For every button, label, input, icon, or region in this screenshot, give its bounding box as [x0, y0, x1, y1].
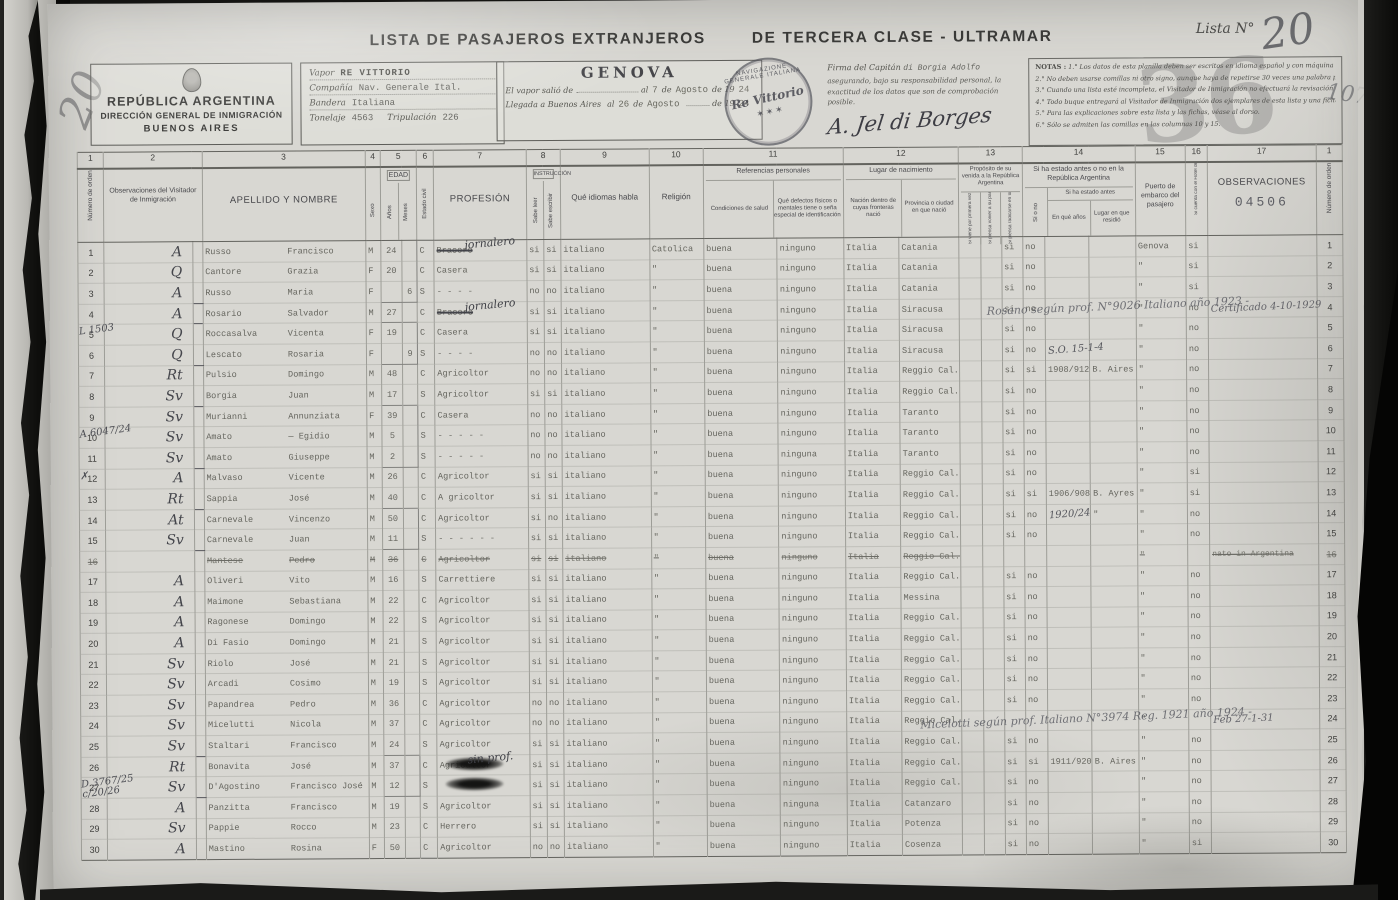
cell-sexo: M [369, 735, 384, 756]
cell-estado-civil: S [418, 343, 435, 364]
cell-visitador-obs: L 1503Q [104, 324, 193, 345]
nombre: José [290, 761, 311, 771]
cell-salud: buena [704, 362, 778, 383]
cell-anios-antes: 1906/908 [1046, 483, 1090, 504]
cell-observaciones [1209, 523, 1318, 544]
cell-sabe-leer: no [529, 693, 546, 714]
cell-provincia: Reggio Cal. [900, 484, 960, 505]
cell-hotel-inmigrantes: si [1186, 235, 1208, 256]
cell-sexo: M [368, 673, 383, 694]
cell-idiomas: italiano [562, 486, 651, 507]
cell-sabe-escribir: no [547, 713, 564, 734]
cell-religion: " [652, 609, 706, 630]
cell-religion: " [651, 589, 705, 610]
cell-religion: " [653, 836, 707, 857]
cell-puerto-embarco: " [1138, 750, 1188, 771]
cell-edad-anios: 11 [382, 529, 403, 550]
cell-sabe-escribir: no [545, 445, 562, 466]
visitador-mark: Sv [167, 697, 193, 713]
visitador-mark: Sv [166, 450, 192, 466]
cell-puerto-embarco: " [1138, 627, 1188, 648]
cell-sabe-leer: si [527, 301, 544, 322]
cell-nacion: Italia [846, 732, 901, 753]
cell-orden: 23 [81, 695, 107, 716]
cell-visitador-obs: At [106, 509, 195, 530]
cell-sabe-escribir: si [545, 487, 562, 508]
cell-proposito-2 [984, 834, 1005, 855]
cell-sabe-escribir: si [544, 239, 561, 260]
cell-hotel-inmigrantes: si [1186, 256, 1208, 277]
tonelaje-label: Tonelaje [309, 113, 345, 123]
cell-estado-civil: S [420, 734, 437, 755]
family-brace [194, 530, 204, 551]
cell-observaciones [1209, 441, 1318, 462]
cell-provincia: Reggio Cal. [900, 381, 960, 402]
llegada-label: Llegada a Buenos Aires [505, 100, 601, 110]
cell-observaciones [1211, 750, 1320, 771]
cell-estado-civil: S [419, 652, 436, 673]
cell-estado-civil: C [417, 240, 434, 261]
cell-provincia: Taranto [900, 402, 960, 423]
colnum-1: 1 [77, 152, 103, 169]
header-hotel-inmigrantes: Si cuenta con el Hotel de Inmigrantes ac… [1194, 163, 1200, 215]
cell-lugar-residio [1092, 648, 1138, 669]
cell-sabe-leer: si [528, 466, 545, 487]
cell-idiomas: italiano [563, 671, 652, 692]
cell-estado-civil: S [420, 796, 437, 817]
notas-label: NOTAS : [1035, 63, 1066, 71]
llegada-day: 26 [618, 100, 629, 110]
cell-proposito-1 [961, 484, 982, 505]
llegada-month: Agosto [647, 99, 679, 109]
nombre: Francisco [291, 802, 337, 812]
cell-edad-meses [402, 240, 417, 261]
cell-estuvo-antes: no [1025, 669, 1047, 690]
header-estado-civil: Estado civil [422, 178, 429, 230]
anios-antes-typed: 1906/908 [1049, 489, 1090, 499]
cell-edad-anios: 26 [382, 467, 403, 488]
cell-orden: 18 [80, 592, 106, 613]
cell-provincia: Reggio Cal. [901, 669, 961, 690]
cell-anios-antes [1047, 586, 1091, 607]
cell-orden-right: 27 [1320, 770, 1346, 791]
cell-proposito-3: si [1005, 751, 1026, 772]
cell-apellido-nombre: PapandreaPedro [205, 694, 368, 716]
cell-edad-meses [404, 632, 419, 653]
cell-sexo: F [366, 343, 381, 364]
cell-anios-antes [1048, 833, 1092, 854]
cell-edad-anios: 40 [382, 488, 403, 509]
cell-apellido-nombre: RussoFrancisco [203, 241, 366, 263]
cell-defectos: ninguno [779, 608, 846, 629]
cell-edad-meses [403, 405, 418, 426]
visitador-mark: Sv [167, 656, 193, 672]
cell-proposito-2 [981, 319, 1002, 340]
cell-proposito-1 [962, 752, 983, 773]
cell-provincia: Reggio Cal. [901, 546, 961, 567]
cell-orden: 4 [78, 304, 104, 325]
cell-defectos: ninguno [780, 691, 847, 712]
cell-estuvo-antes: no [1024, 422, 1046, 443]
cell-anios-antes: S.O. 15-1-4 [1045, 339, 1089, 360]
cell-edad-meses [405, 735, 420, 756]
cell-sabe-leer: si [527, 240, 544, 261]
cell-anios-antes [1047, 566, 1091, 587]
cell-sexo: M [366, 364, 381, 385]
cell-sabe-escribir: no [545, 404, 562, 425]
cell-puerto-embarco: " [1137, 565, 1187, 586]
cell-idiomas: italiano [563, 589, 652, 610]
cell-edad-meses [402, 323, 417, 344]
cell-defectos: ninguno [781, 835, 848, 856]
cell-lugar-residio [1090, 421, 1136, 442]
visitador-mark: A [174, 573, 192, 589]
cell-sabe-leer: no [528, 425, 545, 446]
cell-orden-right: 10 [1318, 420, 1344, 441]
cell-edad-meses [404, 652, 419, 673]
cell-visitador-obs: A [106, 592, 195, 613]
colnum-12: 12 [843, 147, 959, 164]
cell-profesion: Agricoltor [436, 610, 529, 631]
observaciones-stamp-number: 04506 [1210, 194, 1314, 210]
cell-apellido-nombre: OliveriVito [205, 570, 368, 592]
cell-idiomas: italiano [563, 630, 652, 651]
header-referencias: Referencias personales [706, 165, 841, 181]
cell-defectos: ninguno [778, 423, 845, 444]
cell-observaciones [1208, 255, 1317, 276]
cell-orden-right: 20 [1319, 626, 1345, 647]
cell-orden: 22 [80, 675, 106, 696]
al-label-2: al [607, 100, 614, 109]
cell-hotel-inmigrantes: no [1188, 606, 1210, 627]
cell-sexo: M [368, 714, 383, 735]
cell-sabe-escribir: si [547, 734, 564, 755]
cell-anios-antes [1048, 730, 1092, 751]
de-label: de [662, 85, 672, 94]
visitador-mark: Sv [165, 388, 191, 404]
header-anios: Años [387, 185, 394, 237]
cell-sabe-leer: no [527, 281, 544, 302]
cell-proposito-1 [962, 772, 983, 793]
cell-orden: 11 [79, 448, 105, 469]
cell-nacion: Italia [845, 423, 900, 444]
cell-nacion: Italia [844, 258, 899, 279]
lista-label: Lista N° [1196, 21, 1255, 37]
cell-puerto-embarco: " [1139, 833, 1189, 854]
cell-observaciones [1209, 503, 1318, 524]
cell-proposito-3: si [1002, 257, 1023, 278]
profesion-typed: Agricoltor [438, 513, 490, 523]
visitador-mark: Q [171, 265, 191, 281]
cell-sabe-escribir: si [544, 322, 561, 343]
cell-lugar-residio [1089, 236, 1135, 257]
cell-sabe-escribir: si [546, 590, 563, 611]
cell-idiomas: italiano [564, 816, 653, 837]
cell-sexo: M [367, 467, 382, 488]
profesion-typed: - - - - - [438, 431, 484, 441]
cell-sexo: F [366, 261, 381, 282]
cell-proposito-2 [981, 422, 1002, 443]
cell-edad-meses [405, 714, 420, 735]
cell-anios-antes [1046, 463, 1090, 484]
cell-salud: buena [707, 835, 781, 856]
cell-sabe-leer: si [529, 631, 546, 652]
family-brace [196, 818, 206, 839]
cell-edad-meses [403, 364, 418, 385]
cell-proposito-2 [983, 628, 1004, 649]
cell-apellido-nombre: SappiaJosé [204, 488, 367, 510]
cell-salud: buena [707, 732, 781, 753]
cell-orden: 26 [81, 757, 107, 778]
apellido: Ragonese [207, 617, 289, 628]
family-brace [193, 386, 203, 407]
family-brace [193, 365, 203, 386]
cell-orden-right: 29 [1320, 811, 1346, 832]
cell-sabe-escribir: si [547, 754, 564, 775]
cell-puerto-embarco: " [1138, 668, 1188, 689]
cell-proposito-1 [960, 319, 981, 340]
cell-proposito-3: si [1003, 484, 1024, 505]
nombre: José [290, 658, 311, 668]
header-lugar-residio: Lugar en que residió [1090, 200, 1133, 236]
colnum-13: 13 [959, 147, 1023, 164]
cell-salud: buena [706, 568, 780, 589]
tripulacion-label: Tripulación [387, 113, 436, 123]
cell-visitador-obs: A [106, 571, 195, 592]
cell-orden: 3 [78, 283, 104, 304]
cell-estado-civil: C [417, 323, 434, 344]
cell-orden-right: 5 [1317, 317, 1343, 338]
cell-sabe-escribir: si [547, 775, 564, 796]
cell-defectos: ninguno [779, 588, 846, 609]
cell-defectos: ninguno [779, 629, 846, 650]
observacion-typed: nato in Argentina [1212, 550, 1294, 559]
nombre: Juan [289, 535, 310, 545]
visitador-mark: A [174, 635, 192, 651]
cell-observaciones [1210, 585, 1319, 606]
cell-apellido-nombre: CarnevaleVincenzo [204, 508, 367, 530]
cell-sexo: M [367, 549, 382, 570]
cell-provincia: Catania [899, 278, 959, 299]
header-numero: Número de orden [87, 170, 94, 222]
cell-religion: " [651, 506, 705, 527]
family-brace [195, 674, 205, 695]
family-brace [196, 798, 206, 819]
cell-salud: buena [707, 712, 781, 733]
cell-provincia: Siracusa [899, 319, 959, 340]
visitador-mark: At [168, 512, 192, 528]
column-labels-row: Número de orden Observaciones del Visita… [77, 161, 1342, 242]
cell-observaciones [1211, 832, 1320, 853]
cell-sexo: M [367, 529, 382, 550]
cell-proposito-1 [962, 731, 983, 752]
cell-apellido-nombre: RoccasalvaVicenta [203, 323, 366, 345]
document-page: 20 107 36 LISTA DE PASAJEROS EXTRANJEROS… [48, 0, 1379, 900]
profesion-typed: Agricoltor [440, 739, 492, 749]
visitador-mark: Q [171, 326, 191, 342]
cell-edad-meses [405, 796, 420, 817]
cell-visitador-obs: A [104, 242, 193, 263]
cell-estado-civil: C [419, 549, 436, 570]
cell-sabe-escribir: si [547, 795, 564, 816]
cell-apellido-nombre: ArcadiCosimo [205, 673, 368, 695]
notas-box: NOTAS : 1.° Los datos de esta planilla d… [1028, 56, 1343, 146]
cell-profesion: Agricultorsin prof. [437, 754, 530, 775]
cell-nacion: Italia [843, 237, 898, 258]
profesion-typed: - - - - - - [438, 533, 495, 543]
passenger-rows: 1ARussoFranciscoM24CBracerojornalerosisi… [78, 235, 1347, 861]
cell-hotel-inmigrantes: no [1189, 812, 1211, 833]
apellido: Carnevale [207, 535, 289, 546]
cell-proposito-1 [959, 257, 980, 278]
cell-salud: buena [705, 465, 779, 486]
cell-observaciones [1210, 626, 1319, 647]
cell-salud: buena [705, 547, 779, 568]
cell-nacion: Italia [846, 649, 901, 670]
cell-estuvo-antes: no [1023, 339, 1045, 360]
cell-defectos: ninguno [777, 279, 844, 300]
cell-estuvo-antes: no [1026, 834, 1048, 855]
apellido: Riolo [208, 658, 290, 669]
cell-sabe-leer: si [529, 651, 546, 672]
profesion-typed: Agricoltor [440, 801, 492, 811]
cell-proposito-2 [984, 793, 1005, 814]
cell-puerto-embarco: " [1138, 730, 1188, 751]
cell-hotel-inmigrantes: no [1188, 647, 1210, 668]
cell-edad-meses [404, 570, 419, 591]
family-brace [194, 551, 204, 572]
cell-edad-anios: 22 [383, 590, 404, 611]
cell-estado-civil: S [420, 776, 437, 797]
cell-proposito-3: si [1005, 813, 1026, 834]
cell-proposito-2 [982, 443, 1003, 464]
cell-sabe-escribir: si [546, 610, 563, 631]
cell-defectos: ninguno [781, 814, 848, 835]
cell-edad-anios [381, 282, 402, 303]
cell-orden: 19 [80, 613, 106, 634]
cell-idiomas: italiano [563, 568, 652, 589]
cell-puerto-embarco: Genova [1135, 236, 1185, 257]
cell-profesion: - - - - - [435, 425, 528, 446]
apellido: Borgia [206, 391, 288, 402]
cell-observaciones: Micelotti según prof. Italiano N°3974 Re… [1211, 708, 1320, 729]
cell-observaciones [1210, 564, 1319, 585]
cell-hotel-inmigrantes: no [1189, 750, 1211, 771]
header-sabe-escribir: Sabe escribir [548, 184, 555, 236]
cell-observaciones [1208, 358, 1317, 379]
cell-religion: " [652, 630, 706, 651]
cell-puerto-embarco: " [1136, 359, 1186, 380]
cell-visitador-obs: Q [105, 345, 194, 366]
cell-proposito-2 [983, 669, 1004, 690]
cell-orden-right: 28 [1320, 791, 1346, 812]
colnum-14: 14 [1022, 146, 1135, 163]
cell-nacion: Italia [846, 608, 901, 629]
cell-proposito-2 [981, 381, 1002, 402]
cell-sabe-leer: si [530, 754, 547, 775]
header-observaciones: OBSERVACIONES [1210, 162, 1314, 189]
cell-orden: 8 [79, 386, 105, 407]
cell-observaciones: nato in Argentina [1210, 544, 1319, 565]
cell-orden: 25 [81, 736, 107, 757]
cell-sabe-escribir: no [544, 363, 561, 384]
cell-anios-antes: 1911/920 [1048, 751, 1092, 772]
cell-proposito-3: si [1004, 587, 1025, 608]
cell-hotel-inmigrantes: no [1188, 668, 1210, 689]
bandera-label: Bandera [309, 98, 345, 108]
cell-profesion: A gricoltor [435, 487, 528, 508]
cell-nacion: Italia [844, 320, 899, 341]
cell-proposito-1 [960, 381, 981, 402]
cell-nacion: Italia [846, 587, 901, 608]
cell-proposito-2 [981, 340, 1002, 361]
cell-proposito-3: si [1003, 463, 1024, 484]
family-brace [193, 406, 203, 427]
family-brace [195, 695, 205, 716]
header-puerto-embarco: Puerto de embarco del pasajero [1137, 163, 1183, 210]
apellido: Staltari [208, 741, 290, 752]
nombre: Domingo [288, 370, 324, 380]
colnum-4: 4 [365, 151, 380, 168]
cell-sabe-leer: si [528, 487, 545, 508]
apellido: Arcadi [208, 679, 290, 690]
cell-sexo: F [366, 323, 381, 344]
apellido: Mantese [207, 555, 289, 566]
lista-number: 20 [1257, 3, 1317, 59]
cell-apellido-nombre: BonavitaJosé [206, 755, 369, 777]
cell-idiomas: italiano [562, 527, 651, 548]
cell-observaciones [1210, 667, 1319, 688]
header-edad: EDAD [387, 170, 410, 181]
cell-nacion: Italia [846, 690, 901, 711]
cell-provincia: Reggio Cal. [902, 731, 962, 752]
apellido: Pulsio [206, 370, 288, 381]
header-estado-antes: Si ha estado antes o no en la República … [1025, 163, 1133, 187]
cell-estuvo-antes: no [1023, 257, 1045, 278]
cell-orden-right: 30 [1320, 832, 1346, 853]
cell-provincia: Reggio Cal. [902, 772, 962, 793]
cell-estuvo-antes: no [1024, 401, 1046, 422]
apellido: Carnevale [207, 514, 289, 525]
cell-estado-civil: C [420, 755, 437, 776]
cell-proposito-3: si [1004, 731, 1025, 752]
nombre: Giuseppe [288, 452, 329, 462]
nombre: Juan [288, 390, 309, 400]
cell-estuvo-antes: no [1024, 525, 1046, 546]
cell-profesion [437, 775, 530, 796]
cell-lugar-residio [1092, 792, 1138, 813]
cell-profesion: Casera [435, 404, 528, 425]
cell-proposito-1 [961, 587, 982, 608]
cell-edad-meses [403, 426, 418, 447]
cell-salud: buena [706, 691, 780, 712]
nombre: Pedro [290, 699, 316, 709]
cell-idiomas: italiano [561, 239, 650, 260]
cell-apellido-nombre: RussoMaria [203, 282, 366, 304]
cell-lugar-residio [1091, 565, 1137, 586]
cell-idiomas: italiano [562, 424, 651, 445]
colnum-7: 7 [433, 150, 526, 167]
cell-sabe-escribir: no [545, 425, 562, 446]
cell-hotel-inmigrantes [1188, 544, 1210, 565]
cell-salud: buena [704, 238, 778, 259]
apellido: Amato [206, 452, 288, 463]
cell-estuvo-antes: no [1025, 628, 1047, 649]
cell-proposito-1 [960, 360, 981, 381]
colnum-15: 15 [1135, 146, 1185, 163]
firma-label: Firma del Capitán [827, 63, 901, 72]
family-brace [196, 777, 206, 798]
